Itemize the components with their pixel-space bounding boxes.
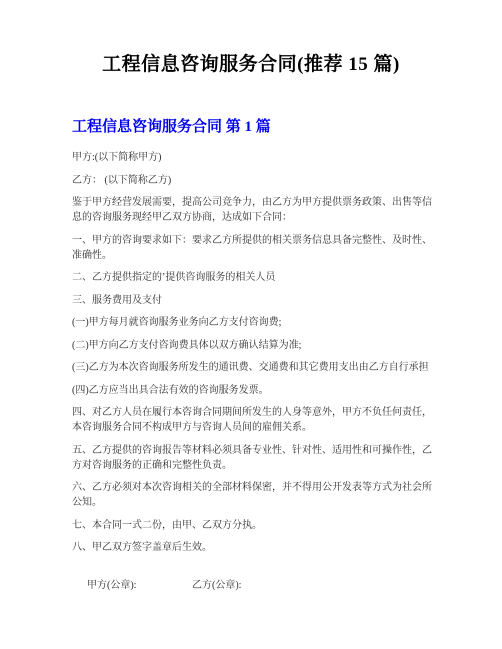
contract-paragraph: (三)乙方为本次咨询服务所发生的通讯费、交通费和其它费用支出由乙方自行承担 — [72, 360, 444, 375]
contract-paragraph: 鉴于甲方经营发展需要，提高公司竞争力，由乙方为甲方提供票务政策、出售等信 息的咨… — [72, 195, 444, 225]
contract-paragraph: 八、甲乙双方签字盖章后生效。 — [72, 540, 444, 555]
contract-paragraph: 一、甲方的咨询要求如下：要求乙方所提供的相关票务信息具备完整性、及时性、 准确性… — [72, 233, 444, 263]
contract-paragraph: 二、乙方提供指定的’提供咨询服务的相关人员 — [72, 270, 444, 285]
section-heading-link[interactable]: 工程信息咨询服务合同 第 1 篇 — [72, 118, 502, 136]
contract-paragraph: 甲方:(以下简称甲方) — [72, 150, 444, 165]
contract-paragraph: (二)甲方向乙方支付咨询费具体以双方确认结算为准; — [72, 338, 444, 353]
contract-paragraph: (四)乙方应当出具合法有效的咨询服务发票。 — [72, 383, 444, 398]
party-b-seal-label: 乙方(公章): — [192, 580, 241, 591]
signature-row: 甲方(公章):乙方(公章): — [72, 563, 444, 608]
document-title: 工程信息咨询服务合同(推荐 15 篇) — [0, 0, 502, 78]
contract-paragraph: 四、对乙方人员在履行本咨询合同期间所发生的人身等意外，甲方不负任何责任， 本咨询… — [72, 405, 444, 435]
contract-paragraph: 六、乙方必须对本次咨询相关的全部材料保密，并不得用公开发表等方式为社会所 公知。 — [72, 480, 444, 510]
contract-body: 甲方:(以下简称甲方) 乙方： (以下简称乙方) 鉴于甲方经营发展需要，提高公司… — [72, 150, 444, 608]
contract-paragraph: 三、服务费用及支付 — [72, 293, 444, 308]
contract-paragraph: 五、乙方提供的咨询报告等材料必须具备专业性、针对性、适用性和可操作性，乙 方对咨… — [72, 443, 444, 473]
contract-page: 工程信息咨询服务合同(推荐 15 篇) 工程信息咨询服务合同 第 1 篇 甲方:… — [0, 0, 502, 649]
contract-paragraph: 七、本合同一式二份，由甲、乙双方分执。 — [72, 518, 444, 533]
contract-paragraph: 乙方： (以下简称乙方) — [72, 173, 444, 188]
party-a-seal-label: 甲方(公章): — [87, 578, 192, 593]
contract-paragraph: (一)甲方每月就咨询服务业务向乙方支付咨询费; — [72, 315, 444, 330]
